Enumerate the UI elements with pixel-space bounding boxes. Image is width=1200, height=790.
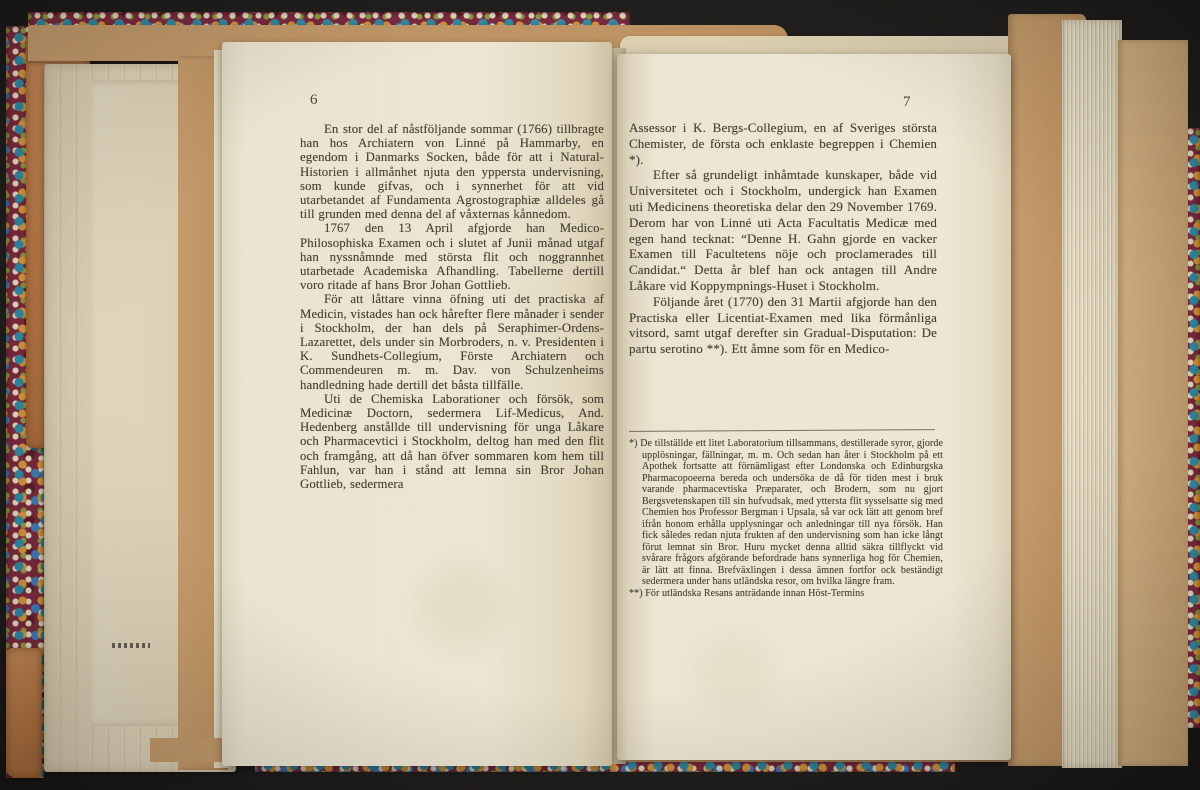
leather-cover-corner-bottom-left bbox=[6, 648, 42, 778]
book-page-left: 6 En stor del af nåstföljande sommar (17… bbox=[222, 42, 612, 766]
paragraph: Följande året (1770) den 31 Martii afgjo… bbox=[629, 294, 937, 357]
page-number-right: 7 bbox=[903, 94, 912, 111]
book-page-right: 7 Assessor i K. Bergs-Collegium, en af S… bbox=[617, 54, 1011, 760]
paragraph: Efter så grundeligt inhåmtade kunskaper,… bbox=[629, 167, 937, 293]
clipped-print-fragment bbox=[112, 643, 150, 648]
paragraph: En stor del af nåstföljande sommar (1766… bbox=[300, 122, 604, 221]
page-number-left: 6 bbox=[310, 92, 319, 109]
footnote-text-column: *) De tillställde ett litet Laboratorium… bbox=[629, 438, 943, 599]
footnote: *) De tillställde ett litet Laboratorium… bbox=[629, 438, 943, 588]
paragraph: För att låttare vinna öfning uti det pra… bbox=[300, 292, 604, 391]
paragraph: 1767 den 13 April afgjorde han Medico-Ph… bbox=[300, 221, 604, 292]
left-page-text-column: En stor del af nåstföljande sommar (1766… bbox=[300, 122, 604, 491]
paragraph: Uti de Chemiska Laborationer och försök,… bbox=[300, 392, 604, 491]
footnote: **) För utländska Resans anträdande inna… bbox=[629, 588, 943, 600]
right-page-edge-stack bbox=[1062, 20, 1122, 768]
paragraph: Assessor i K. Bergs-Collegium, en af Sve… bbox=[629, 120, 937, 167]
book-photograph: 6 En stor del af nåstföljande sommar (17… bbox=[0, 0, 1200, 790]
right-page-text-column: Assessor i K. Bergs-Collegium, en af Sve… bbox=[629, 120, 937, 357]
right-flyleaf-stack bbox=[1118, 40, 1188, 766]
footnote-separator-rule bbox=[629, 429, 935, 432]
